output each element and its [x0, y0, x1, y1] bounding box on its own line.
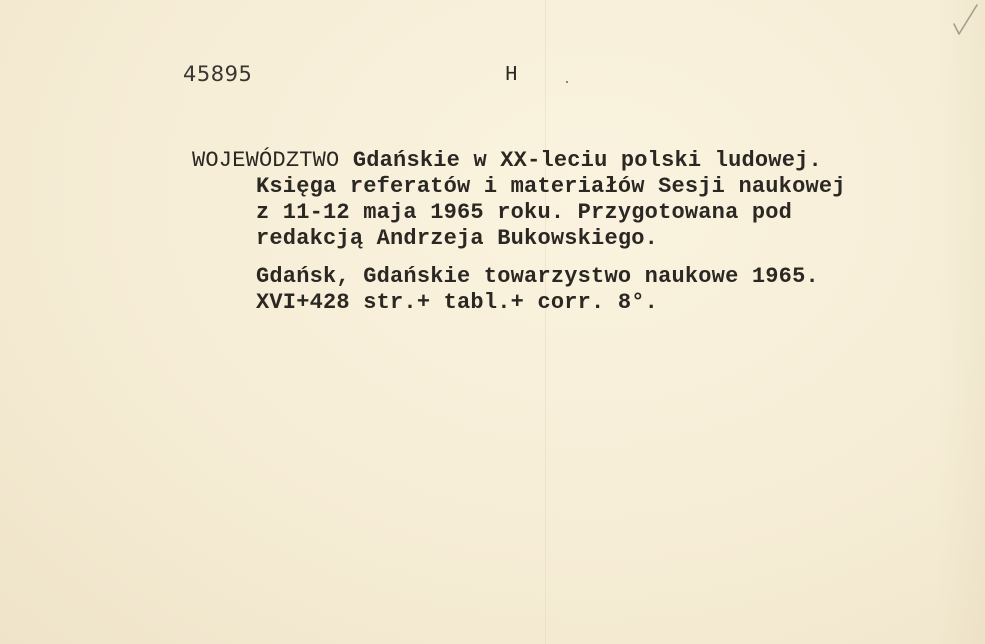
title-line-4: redakcją Andrzeja Bukowskiego.	[256, 226, 658, 251]
catalog-card: 45895 H WOJEWÓDZTWO Gdańskie w XX-leciu …	[0, 0, 985, 644]
title-line-1-rest: Gdańskie w XX-leciu polski ludowej.	[339, 148, 821, 173]
check-mark-icon	[950, 2, 980, 38]
imprint-line-1: Gdańsk, Gdańskie towarzystwo naukowe 196…	[256, 264, 819, 289]
imprint-line-2: XVI+428 str.+ tabl.+ corr. 8°.	[256, 290, 658, 315]
location-mark: H	[505, 64, 518, 87]
title-line-1: WOJEWÓDZTWO Gdańskie w XX-leciu polski l…	[192, 148, 822, 173]
location-dot	[566, 81, 568, 83]
accession-number: 45895	[183, 62, 252, 86]
title-line-3: z 11-12 maja 1965 roku. Przygotowana pod	[256, 200, 792, 225]
card-fold-line	[545, 0, 546, 644]
title-line-2: Księga referatów i materiałów Sesji nauk…	[256, 174, 846, 199]
heading-word: WOJEWÓDZTWO	[192, 148, 339, 173]
card-edge-shadow	[937, 0, 985, 644]
